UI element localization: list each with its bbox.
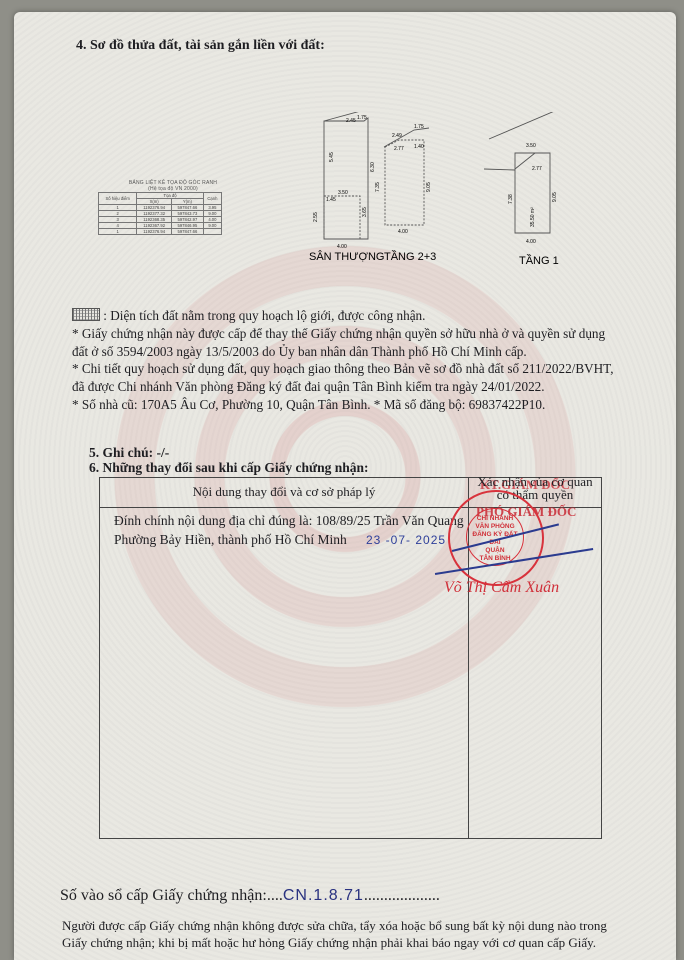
plan-label-floor-2-3: TẦNG 2+3 [384, 250, 436, 263]
section-6-title: 6. Những thay đổi sau khi cấp Giấy chứng… [89, 460, 369, 476]
warning-text: Người được cấp Giấy chứng nhận không đượ… [62, 917, 676, 951]
seal-text: CHI NHÁNHVĂN PHÒNGĐĂNG KÝ ĐẤT ĐAIQUẬNTÂN… [466, 508, 524, 566]
section-4-title: 4. Sơ đồ thửa đất, tài sản gắn liền với … [76, 38, 325, 54]
dim-text: 1.45 [326, 197, 336, 203]
coord-cell-x: 1192376.94 [137, 229, 172, 235]
coord-cell-edge [203, 229, 221, 235]
dim-text: 1.75 [357, 115, 367, 121]
notes-block: : Diện tích đất nằm trong quy hoạch lộ g… [72, 307, 632, 414]
dim-text: 9.05 [552, 192, 558, 202]
hatch-legend-icon [72, 308, 100, 321]
note-line: * Giấy chứng nhận này được cấp để thay t… [72, 325, 632, 343]
date-stamp: 23 -07- 2025 [366, 533, 446, 547]
note-line: * Số nhà cũ: 170A5 Âu Cơ, Phường 10, Quậ… [72, 396, 632, 414]
coord-header-edge: Cạnh [203, 193, 221, 205]
dim-text: 4.00 [526, 239, 536, 245]
dim-text: 3.50 [338, 190, 348, 196]
coordinate-table: BẢNG LIỆT KÊ TỌA ĐỘ GÓC RANH (Hệ tọa độ … [98, 180, 248, 235]
dim-text: 2.55 [313, 212, 319, 222]
signer-name: Võ Thị Cẩm Xuân [444, 579, 559, 597]
change-entry-line1: Đính chính nội dung địa chỉ đúng là: 108… [114, 511, 464, 530]
dim-text: 2.45 [346, 118, 356, 124]
dim-text: 7.35 [375, 182, 381, 192]
dim-text: 2.77 [532, 166, 542, 172]
dim-text: 2.49 [392, 133, 402, 139]
note-line: đất ở số 3594/2003 ngày 13/5/2003 do Ủy … [72, 343, 632, 361]
coord-cell-point: 1 [99, 229, 137, 235]
warning-line2: Giấy chứng nhận; khi bị mất hoặc hư hỏng… [62, 934, 676, 951]
legend-text: : Diện tích đất nằm trong quy hoạch lộ g… [103, 308, 425, 323]
dim-text: 3.50 [526, 143, 536, 149]
col-header-content: Nội dung thay đổi và cơ sở pháp lý [100, 484, 468, 500]
area-text: 35.50 m² [530, 207, 536, 227]
coord-header-point: Số hiệu điểm [99, 193, 137, 205]
note-line: đã được Chi nhánh Văn phòng Đăng ký đất … [72, 378, 632, 396]
dim-text: 7.38 [508, 194, 514, 204]
changes-table: Nội dung thay đổi và cơ sở pháp lý KT.GI… [99, 477, 602, 839]
certificate-page: 4. Sơ đồ thửa đất, tài sản gắn liền với … [14, 12, 676, 960]
dim-text: 6.30 [370, 162, 376, 172]
registration-dots: ................... [364, 887, 440, 904]
warning-line1: Người được cấp Giấy chứng nhận không đượ… [62, 917, 676, 934]
floor-plans-diagram: 5.45 2.45 1.75 6.30 3.50 1.45 2.55 3.65 … [284, 112, 624, 272]
dim-text: 4.00 [337, 244, 347, 250]
section-5-title: 5. Ghi chú: -/- [89, 445, 169, 461]
dim-text: 9.05 [426, 182, 432, 192]
plan-label-floor-1: TẦNG 1 [519, 254, 559, 267]
dim-text: 3.65 [362, 207, 368, 217]
registration-value: CN.1.8.71 [283, 887, 364, 904]
coord-table-row: 11192376.94597847.66 [99, 229, 222, 235]
dim-text: 2.77 [394, 146, 404, 152]
dim-text: 5.45 [329, 152, 335, 162]
registration-number: Số vào sổ cấp Giấy chứng nhận:....CN.1.8… [60, 887, 440, 905]
coord-cell-y: 597847.66 [171, 229, 203, 235]
registration-label: Số vào sổ cấp Giấy chứng nhận:.... [60, 887, 283, 904]
note-line: * Chi tiết quy hoạch sử dụng đất, quy ho… [72, 360, 632, 378]
dim-text: 4.00 [398, 229, 408, 235]
dim-text: 1.40 [414, 144, 424, 150]
plan-label-rooftop: SÂN THƯỢNG [309, 250, 384, 263]
dim-text: 1.75 [414, 124, 424, 130]
